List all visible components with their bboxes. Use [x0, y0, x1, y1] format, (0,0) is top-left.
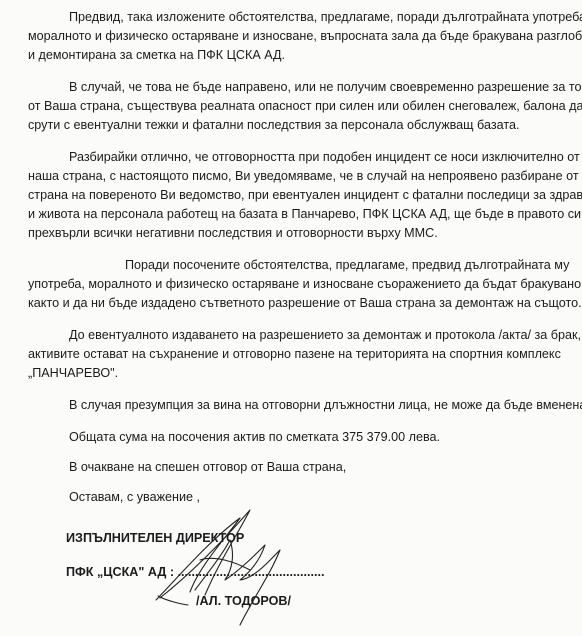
- paragraph-8: В очакване на спешен отговор от Ваша стр…: [69, 459, 346, 475]
- paragraph-1-line-2: моралното и физическо остаряване и износ…: [28, 28, 556, 44]
- handwritten-signature-icon: [140, 500, 340, 636]
- paragraph-6: В случая презумпция за вина на отговорни…: [69, 397, 582, 413]
- paragraph-4-line-2: употреба, моралното и физическо остарява…: [28, 276, 556, 292]
- paragraph-3-line-1: Разбирайки отлично, че отговорността при…: [69, 149, 556, 165]
- paragraph-5-line-1: До евентуалното издаването на разрешение…: [69, 327, 556, 343]
- paragraph-3-line-4: и живота на персонала работещ на базата …: [28, 206, 556, 222]
- letter-page: Предвид, така изложените обстоятелства, …: [0, 0, 582, 636]
- paragraph-7-total-sum: Общата сума на посочения актив по сметка…: [69, 429, 440, 445]
- paragraph-1-line-1: Предвид, така изложените обстоятелства, …: [69, 9, 556, 25]
- paragraph-5-line-2: активите остават на съхранение и отговор…: [28, 346, 556, 362]
- paragraph-2-line-3: срути с евентуални тежки и фатални после…: [28, 117, 519, 133]
- paragraph-4-line-1: Поради посочените обстоятелства, предлаг…: [125, 257, 556, 273]
- paragraph-2-line-1: В случай, че това не бъде направено, или…: [69, 79, 556, 95]
- paragraph-1-line-3: и демонтирана за сметка на ПФК ЦСКА АД.: [28, 47, 285, 63]
- paragraph-4-line-3: както и да ни бъде издадено сътветното р…: [28, 295, 582, 311]
- paragraph-5-line-3: „ПАНЧАРЕВО".: [28, 365, 118, 381]
- paragraph-3-line-2: наша страна, с настоящото писмо, Ви увед…: [28, 168, 556, 184]
- paragraph-2-line-2: от Ваша страна, съществува реалната опас…: [28, 98, 556, 114]
- paragraph-3-line-5: прехвърли всички негативни последствия и…: [28, 225, 438, 241]
- paragraph-3-line-3: страна на повереното Ви ведомство, при е…: [28, 187, 556, 203]
